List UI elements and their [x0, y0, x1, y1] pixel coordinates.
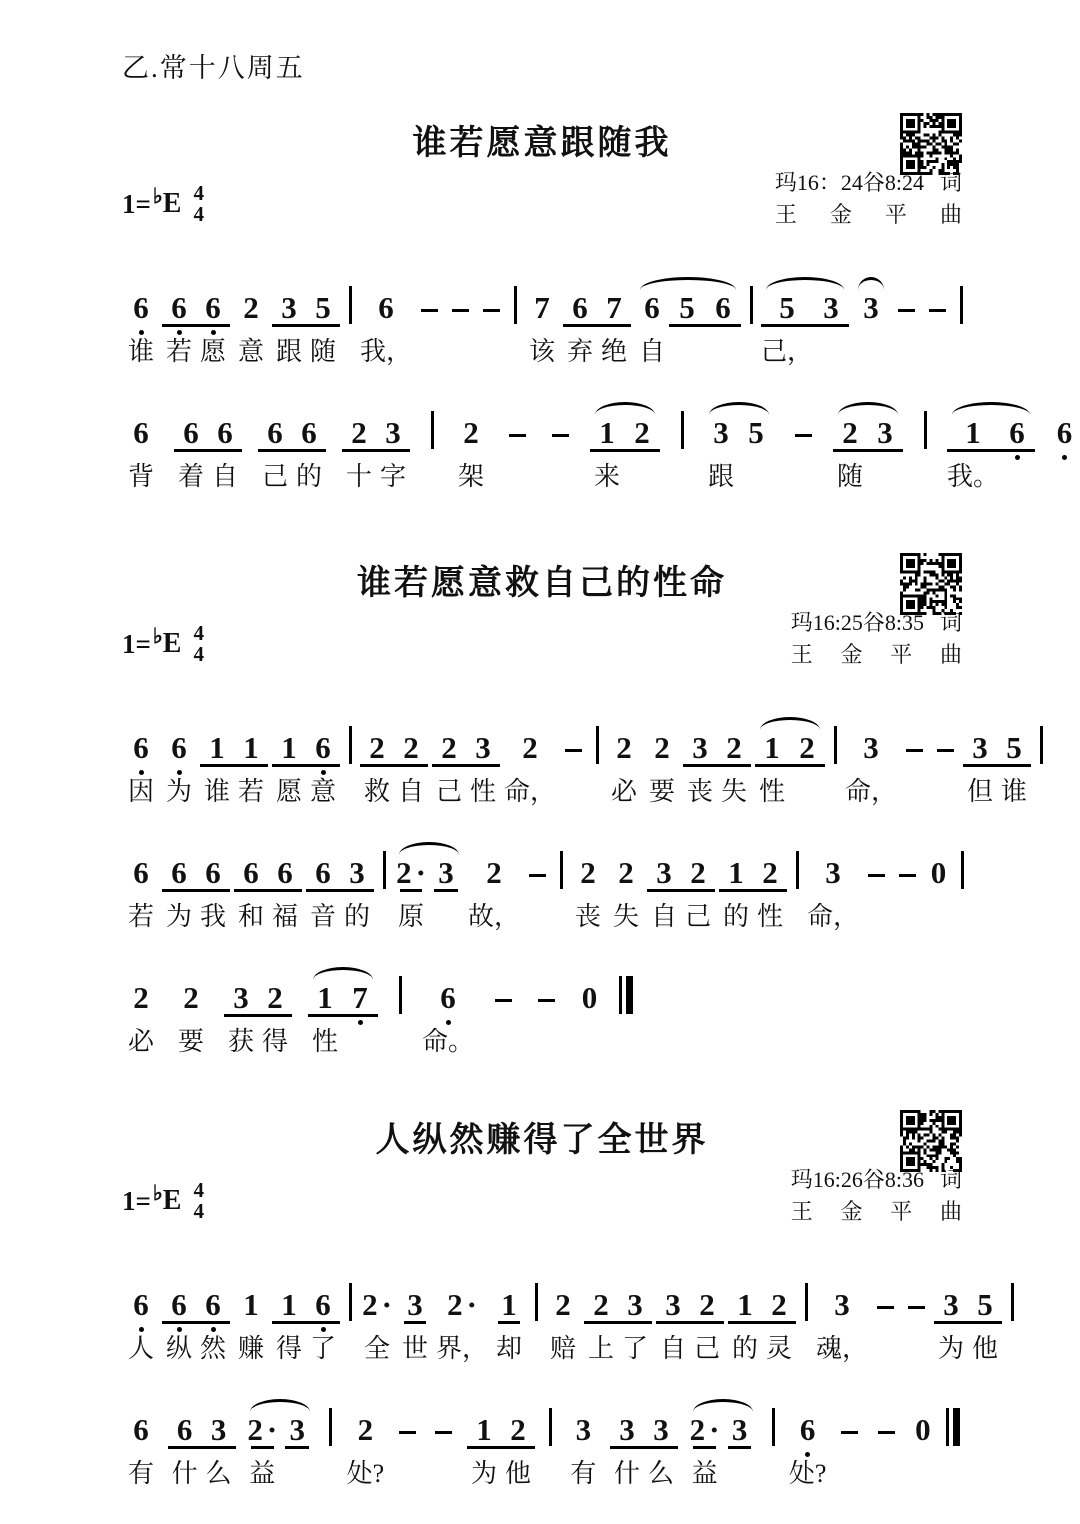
slur-arc	[766, 277, 844, 290]
qr-code-icon	[900, 553, 962, 615]
barline	[789, 842, 805, 933]
note-digit: 2	[842, 417, 858, 449]
song-title: 谁若愿意救自己的性命	[357, 555, 727, 604]
slur-arc	[640, 277, 736, 290]
note-digit: 2	[726, 732, 742, 764]
note-digit: 3	[834, 1289, 850, 1321]
dash-note	[531, 967, 562, 1058]
dash-note	[488, 967, 519, 1058]
lyric-syllable: 我。	[947, 461, 999, 493]
note-cell: 1为2他	[465, 1399, 537, 1490]
note-digit: 3	[972, 732, 988, 764]
lyric-syllable: 救	[364, 776, 390, 808]
composer-char: 金	[840, 639, 862, 671]
lyric-syllable: 背	[128, 461, 154, 493]
note-digit: 6	[800, 1414, 816, 1446]
note-digit: 3	[825, 857, 841, 889]
note-digit: 3	[349, 857, 365, 889]
note-digit: 6	[440, 982, 456, 1014]
lyric-syllable: 自	[398, 776, 424, 808]
composer-char: 曲	[940, 639, 962, 671]
barline	[528, 1274, 544, 1365]
note-cell: 2架	[452, 402, 490, 493]
dash-note	[445, 277, 476, 368]
note-digit: 2·	[396, 857, 426, 889]
note-digit: 6	[133, 1289, 149, 1321]
lyric-syllable: 人	[128, 1333, 154, 1365]
note-cell: 1的2性	[717, 842, 789, 933]
composer-char: 平	[890, 1196, 912, 1228]
note-cell: 3丧2失	[681, 717, 753, 808]
meter-unit: 4	[193, 644, 204, 665]
note-digit: 3	[290, 1414, 306, 1446]
note-digit: 5	[977, 1289, 993, 1321]
lyric-syllable: 么	[206, 1458, 232, 1490]
note-digit: 7	[534, 292, 550, 324]
lyric-syllable: 自	[651, 901, 677, 933]
lyric-syllable: 么	[648, 1458, 674, 1490]
key-prefix: 1=	[122, 629, 151, 660]
lyric-syllable: 为	[166, 901, 192, 933]
note-cell: 3自2己	[654, 1274, 726, 1365]
rest-note: 0	[923, 842, 954, 933]
note-digit: 3	[823, 292, 839, 324]
composer-credit: 王金平曲	[791, 639, 962, 671]
song-title: 谁若愿意跟随我	[413, 115, 672, 164]
lyric-syllable: 性	[759, 776, 785, 808]
music-line: 6人6纵6然1赚1得6了2·全3世2·界，1却2赔2上3了3自2己1的2灵3魂，…	[122, 1274, 962, 1365]
composer-char: 平	[890, 639, 912, 671]
note-digit: 1	[209, 732, 225, 764]
note-cell: 2要	[643, 717, 681, 808]
dash-note	[522, 842, 553, 933]
lyric-syllable: 为	[471, 1458, 497, 1490]
lyric-syllable: 绝	[601, 336, 627, 368]
lyric-syllable: 必	[128, 1026, 154, 1058]
lyric-syllable: 赔	[550, 1333, 576, 1365]
note-digit: 2	[183, 982, 199, 1014]
final-barline	[944, 1399, 962, 1490]
note-digit: 1	[243, 732, 259, 764]
music-line: 6谁6若6愿2意3跟5随6我，7该6弃7绝6自565己，33	[122, 277, 962, 368]
dash-note	[861, 842, 892, 933]
page-header: 乙.常十八周五	[122, 46, 962, 85]
note-digit: 6	[205, 857, 221, 889]
note-cell: 6人	[122, 1274, 160, 1365]
music-line: 6若6为6我6和6福6音3的2·原32故，2丧2失3自2己1的2性3命，0	[122, 842, 962, 933]
note-digit: 6	[171, 732, 187, 764]
note-cell: 1得6了	[270, 1274, 342, 1365]
note-digit: 6	[133, 732, 149, 764]
lyric-syllable: 己，	[761, 336, 813, 368]
note-cell: 1愿6意	[270, 717, 342, 808]
lyric-syllable: 若	[166, 336, 192, 368]
lyric-syllable: 弃	[567, 336, 593, 368]
song-section: 谁若愿意跟随我 1=♭E 4 4 玛16：24谷8:24 词 王金平曲 6谁6若…	[122, 115, 962, 493]
note-digit: 6	[267, 417, 283, 449]
composer-char: 王	[775, 199, 797, 231]
note-digit: 6	[644, 292, 660, 324]
note-digit: 2	[616, 732, 632, 764]
key-tonic: E	[163, 628, 182, 660]
lyric-syllable: 他	[972, 1333, 998, 1365]
lyric-syllable: 要	[178, 1026, 204, 1058]
note-digit: 2	[634, 417, 650, 449]
lyric-syllable: 十	[346, 461, 372, 493]
octave-dot	[139, 770, 144, 775]
lyric-syllable: 命，	[807, 901, 859, 933]
dash-note	[892, 842, 923, 933]
barline	[954, 842, 970, 933]
note-digit: 3	[407, 1289, 423, 1321]
lyric-syllable: 随	[310, 336, 336, 368]
song-title-row: 谁若愿意跟随我	[122, 115, 962, 159]
barline	[553, 842, 569, 933]
credits: 玛16:26谷8:36 词 王金平曲	[791, 1164, 962, 1228]
lyric-syllable: 界，	[436, 1333, 488, 1365]
barline	[392, 967, 408, 1058]
octave-dot	[177, 1327, 182, 1332]
note-cell: 6	[1049, 402, 1080, 493]
lyric-syllable: 若	[128, 901, 154, 933]
note-digit: 3	[576, 1414, 592, 1446]
note-cell: 2救2自	[358, 717, 430, 808]
slur-arc	[250, 1399, 310, 1412]
meter-beats: 4	[193, 1180, 204, 1201]
song-meta-row: 1=♭E 4 4 玛16：24谷8:24 词 王金平曲	[122, 167, 962, 231]
lyric-syllable: 愿	[276, 776, 302, 808]
note-digit: 2	[267, 982, 283, 1014]
note-cell: 1赚	[232, 1274, 270, 1365]
note-cell: 2上3了	[582, 1274, 654, 1365]
barline	[953, 277, 969, 368]
note-digit: 0	[582, 982, 598, 1014]
note-cell: 3命，	[843, 717, 899, 808]
note-digit: 6	[217, 417, 233, 449]
composer-credit: 王金平曲	[775, 199, 962, 231]
octave-dot	[211, 330, 216, 335]
lyric-syllable: 该	[529, 336, 555, 368]
dash-note	[899, 717, 930, 808]
key-tonic: E	[163, 188, 182, 220]
lyric-syllable: 随	[837, 461, 863, 493]
lyric-syllable: 自	[639, 336, 665, 368]
note-digit: 5	[779, 292, 795, 324]
note-cell: 1谁1若	[198, 717, 270, 808]
note-digit: 3	[863, 292, 879, 324]
lyric-syllable: 有	[128, 1458, 154, 1490]
note-cell: 6自56	[633, 277, 743, 368]
time-signature: 4 4	[193, 183, 204, 225]
lyric-syllable: 失	[721, 776, 747, 808]
composer-char: 金	[830, 199, 852, 231]
octave-dot	[446, 1020, 451, 1025]
note-digit: 5	[315, 292, 331, 324]
note-digit: 1	[281, 732, 297, 764]
note-cell: 6音3的	[304, 842, 376, 933]
slur-arc	[760, 717, 820, 730]
note-digit: 2	[618, 857, 634, 889]
note-digit: 2·	[362, 1289, 392, 1321]
barline	[1033, 717, 1049, 808]
octave-dot	[1062, 455, 1067, 460]
lyric-syllable: 了	[622, 1333, 648, 1365]
note-digit: 5	[748, 417, 764, 449]
music-lines: 6谁6若6愿2意3跟5随6我，7该6弃7绝6自565己，336背6着6自6己6的…	[122, 277, 962, 493]
lyric-syllable: 赚	[238, 1333, 264, 1365]
qr-code-icon	[900, 113, 962, 175]
final-barline	[617, 967, 635, 1058]
lyric-syllable: 谁	[1001, 776, 1027, 808]
note-cell: 2·益3	[243, 1399, 317, 1490]
note-digit: 1	[476, 1414, 492, 1446]
note-digit: 2	[522, 732, 538, 764]
lyric-syllable: 失	[613, 901, 639, 933]
note-digit: 2	[593, 1289, 609, 1321]
rest-note: 0	[907, 1399, 938, 1490]
lyric-syllable: 益	[249, 1458, 275, 1490]
lyric-syllable: 音	[310, 901, 336, 933]
lyric-syllable: 意	[310, 776, 336, 808]
note-digit: 2	[369, 732, 385, 764]
lyric-syllable: 却	[496, 1333, 522, 1365]
note-cell: 1的2灵	[726, 1274, 798, 1365]
dash-note	[558, 717, 589, 808]
note-cell: 3但5谁	[961, 717, 1033, 808]
note-cell: 2·全	[358, 1274, 396, 1365]
qr-code-icon	[900, 1110, 962, 1172]
key-signature: 1=♭E 4 4	[122, 183, 204, 225]
octave-dot	[358, 1020, 363, 1025]
note-cell: 3	[851, 277, 891, 368]
octave-dot	[805, 1452, 810, 1457]
slur-arc	[693, 1399, 753, 1412]
note-digit: 1	[317, 982, 333, 1014]
lyric-syllable: 原	[398, 901, 424, 933]
note-digit: 0	[915, 1414, 931, 1446]
flat-accidental: ♭	[153, 1181, 163, 1206]
note-digit: 1	[243, 1289, 259, 1321]
note-cell: 2必	[605, 717, 643, 808]
note-digit: 3	[211, 1414, 227, 1446]
dash-note	[476, 277, 507, 368]
credits: 玛16：24谷8:24 词 王金平曲	[775, 167, 962, 231]
music-line: 6背6着6自6己6的2十3字2架1来23跟52随31我。66	[122, 402, 962, 493]
barline	[765, 1399, 781, 1490]
key-signature: 1=♭E 4 4	[122, 623, 204, 665]
lyric-syllable: 性	[312, 1026, 338, 1058]
composer-char: 曲	[940, 199, 962, 231]
note-digit: 1	[281, 1289, 297, 1321]
lyric-syllable: 他	[505, 1458, 531, 1490]
note-digit: 6	[301, 417, 317, 449]
barline	[917, 402, 933, 493]
lyric-syllable: 己	[694, 1333, 720, 1365]
lyric-syllable: 得	[262, 1026, 288, 1058]
music-lines: 6人6纵6然1赚1得6了2·全3世2·界，1却2赔2上3了3自2己1的2灵3魂，…	[122, 1274, 962, 1490]
note-digit: 6	[171, 1289, 187, 1321]
song-meta-row: 1=♭E 4 4 玛16:26谷8:36 词 王金平曲	[122, 1164, 962, 1228]
note-cell: 2失	[607, 842, 645, 933]
composer-credit: 王金平曲	[791, 1196, 962, 1228]
composer-char: 王	[791, 1196, 813, 1228]
note-digit: 6	[133, 292, 149, 324]
note-digit: 3	[233, 982, 249, 1014]
note-cell: 6有	[122, 1399, 160, 1490]
note-cell: 2丧	[569, 842, 607, 933]
note-cell: 3世	[396, 1274, 434, 1365]
barline	[589, 717, 605, 808]
lyric-syllable: 什	[172, 1458, 198, 1490]
note-digit: 3	[385, 417, 401, 449]
note-cell: 6己6的	[256, 402, 328, 493]
lyric-syllable: 谁	[128, 336, 154, 368]
barline	[342, 277, 358, 368]
note-cell: 3跟5	[702, 402, 776, 493]
lyric-syllable: 故，	[468, 901, 520, 933]
note-digit: 2	[403, 732, 419, 764]
lyric-syllable: 但	[967, 776, 993, 808]
dash-note	[392, 1399, 423, 1490]
slur-arc	[709, 402, 769, 415]
lyric-syllable: 谁	[204, 776, 230, 808]
note-cell: 2要	[172, 967, 210, 1058]
lyric-syllable: 纵	[166, 1333, 192, 1365]
dot-after: ·	[382, 1287, 392, 1322]
note-cell: 6谁	[122, 277, 160, 368]
barline	[342, 1274, 358, 1365]
dot-after: ·	[467, 1287, 477, 1322]
note-digit: 2·	[447, 1289, 477, 1321]
note-cell: 2·原3	[392, 842, 466, 933]
octave-dot	[177, 770, 182, 775]
note-digit: 2	[690, 857, 706, 889]
note-digit: 2	[510, 1414, 526, 1446]
octave-dot	[177, 330, 182, 335]
barline	[743, 277, 759, 368]
time-signature: 4 4	[193, 623, 204, 665]
lyric-syllable: 福	[272, 901, 298, 933]
note-digit: 1	[965, 417, 981, 449]
note-digit: 2	[799, 732, 815, 764]
lyric-syllable: 自	[212, 461, 238, 493]
composer-char: 金	[840, 1196, 862, 1228]
lyric-syllable: 全	[364, 1333, 390, 1365]
note-digit: 5	[1006, 732, 1022, 764]
lyric-syllable: 上	[588, 1333, 614, 1365]
note-cell: 3跟5随	[270, 277, 342, 368]
note-digit: 3	[627, 1289, 643, 1321]
note-digit: 1	[599, 417, 615, 449]
barline	[507, 277, 523, 368]
note-digit: 6	[171, 857, 187, 889]
note-digit: 3	[665, 1289, 681, 1321]
note-cell: 6处?	[787, 1399, 829, 1490]
meter-unit: 4	[193, 1201, 204, 1222]
slur-arc	[952, 402, 1030, 415]
song-section: 谁若愿意救自己的性命 1=♭E 4 4 玛16:25谷8:35 词 王金平曲 6…	[122, 555, 962, 1058]
note-digit: 2·	[247, 1414, 277, 1446]
lyric-syllable: 我	[200, 901, 226, 933]
lyric-syllable: 性	[470, 776, 496, 808]
dash-note	[428, 1399, 459, 1490]
note-digit: 2	[771, 1289, 787, 1321]
note-cell: 6纵6然	[160, 1274, 232, 1365]
note-digit: 5	[679, 292, 695, 324]
barline	[376, 842, 392, 933]
note-digit: 1	[737, 1289, 753, 1321]
note-digit: 2	[699, 1289, 715, 1321]
lyric-syllable: 丧	[687, 776, 713, 808]
lyric-syllable: 字	[380, 461, 406, 493]
note-cell: 2·益3	[686, 1399, 760, 1490]
slur-arc	[313, 967, 373, 980]
note-cell: 6什3么	[166, 1399, 238, 1490]
meter-beats: 4	[193, 623, 204, 644]
lyric-syllable: 和	[238, 901, 264, 933]
note-digit: 2	[580, 857, 596, 889]
lyric-syllable: 什	[614, 1458, 640, 1490]
dot-after: ·	[416, 855, 426, 890]
note-digit: 6	[315, 1289, 331, 1321]
barline	[1004, 1274, 1020, 1365]
note-digit: 2	[441, 732, 457, 764]
note-digit: 2	[133, 982, 149, 1014]
note-digit: 3	[438, 857, 454, 889]
dash-note	[834, 1399, 865, 1490]
note-cell: 2意	[232, 277, 270, 368]
note-cell: 1我。6	[945, 402, 1037, 493]
lyric-syllable: 益	[692, 1458, 718, 1490]
note-cell: 2处?	[345, 1399, 387, 1490]
note-cell: 5己，3	[759, 277, 851, 368]
lyric-syllable: 魂，	[816, 1333, 868, 1365]
composer-char: 平	[885, 199, 907, 231]
note-cell: 7该	[523, 277, 561, 368]
barline	[543, 1399, 559, 1490]
lyric-syllable: 的	[723, 901, 749, 933]
music-lines: 6因6为1谁1若1愿6意2救2自2己3性2命，2必2要3丧2失1性23命，3但5…	[122, 717, 962, 1058]
note-cell: 6为	[160, 717, 198, 808]
note-digit: 6	[177, 1414, 193, 1446]
lyric-syllable: 己	[262, 461, 288, 493]
note-cell: 6背	[122, 402, 160, 493]
lyric-syllable: 的	[732, 1333, 758, 1365]
lyric-syllable: 命。	[422, 1026, 474, 1058]
slur-arc	[399, 842, 459, 855]
song-meta-row: 1=♭E 4 4 玛16:25谷8:35 词 王金平曲	[122, 607, 962, 671]
note-digit: 6	[243, 857, 259, 889]
octave-dot	[1015, 455, 1020, 460]
note-digit: 6	[315, 857, 331, 889]
lyric-syllable: 命，	[845, 776, 897, 808]
note-cell: 6若	[122, 842, 160, 933]
lyric-syllable: 意	[238, 336, 264, 368]
lyric-syllable: 处?	[347, 1458, 385, 1490]
note-cell: 6着6自	[172, 402, 244, 493]
note-cell: 3自2己	[645, 842, 717, 933]
note-digit: 2	[243, 292, 259, 324]
lyric-syllable: 愿	[200, 336, 226, 368]
barline	[798, 1274, 814, 1365]
slur-arc	[858, 277, 884, 290]
note-digit: 3	[656, 857, 672, 889]
dot-after: ·	[709, 1412, 719, 1447]
flat-accidental: ♭	[153, 624, 163, 649]
note-cell: 3为5他	[932, 1274, 1004, 1365]
song-title-row: 人纵然赚得了全世界	[122, 1112, 962, 1156]
note-digit: 6	[133, 417, 149, 449]
